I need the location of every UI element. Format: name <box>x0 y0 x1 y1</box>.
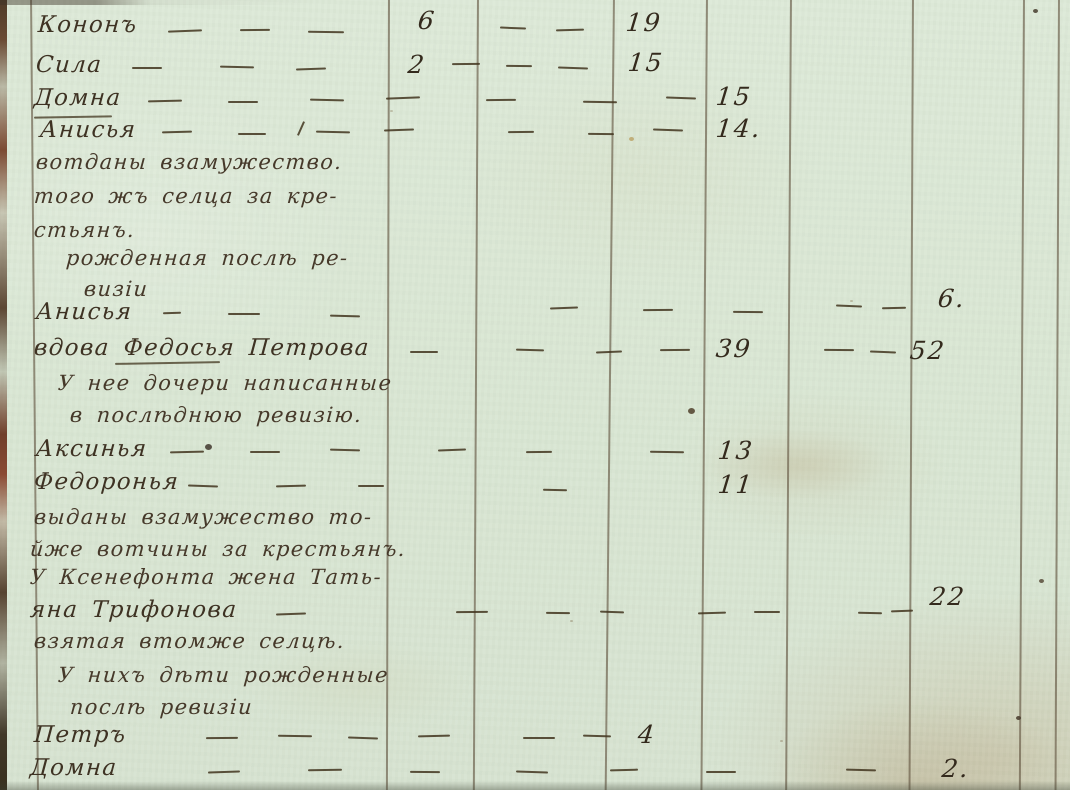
ditto-dash <box>882 307 906 310</box>
ditto-dash <box>600 611 624 614</box>
age-value: 19 <box>624 8 663 37</box>
ditto-dash <box>643 309 673 312</box>
ditto-dash <box>858 612 882 615</box>
column-rule <box>1019 0 1025 790</box>
ditto-dash <box>276 612 306 615</box>
entry-name: Анисья <box>35 299 133 325</box>
age-value: 22 <box>928 582 967 611</box>
note-line: взятая втомже селцѣ. <box>33 629 346 653</box>
age-value: 4 <box>636 720 657 749</box>
column-rule <box>908 0 913 790</box>
ditto-dash <box>653 128 683 131</box>
ditto-dash <box>132 67 162 69</box>
age-value: 6. <box>936 284 967 313</box>
entry-name: Домна <box>29 755 118 781</box>
ditto-dash <box>170 451 204 454</box>
ditto-dash <box>523 737 555 739</box>
binding-edge <box>0 0 7 790</box>
ditto-dash <box>330 315 360 318</box>
ditto-dash <box>556 29 584 32</box>
ditto-dash <box>220 66 254 69</box>
ditto-dash <box>583 735 611 738</box>
ditto-dash <box>188 484 218 487</box>
ditto-dash <box>456 611 488 614</box>
ditto-dash <box>543 489 567 492</box>
note-line: У Ксенефонта жена Тать- <box>29 565 383 589</box>
ditto-dash <box>500 27 526 30</box>
ditto-dash <box>516 770 548 773</box>
note-line: йже вотчины за крестьянъ. <box>29 537 407 561</box>
ditto-dash <box>846 769 876 772</box>
ditto-dash <box>358 485 384 487</box>
ditto-dash <box>386 96 420 99</box>
ditto-dash <box>278 735 312 738</box>
age-value: 11 <box>716 470 755 499</box>
ditto-dash <box>384 128 414 131</box>
ditto-dash <box>733 311 763 314</box>
ditto-dash <box>348 736 378 739</box>
note-line: стьянъ. <box>33 218 136 242</box>
manuscript-page: КононъСилаДомнаАнисьявотданы взамужество… <box>0 0 1070 790</box>
ditto-dash <box>706 771 736 773</box>
ditto-dash <box>163 312 181 315</box>
ditto-dash <box>410 771 440 774</box>
ditto-dash <box>588 133 614 136</box>
age-value: 13 <box>716 436 755 465</box>
ditto-dash <box>238 133 266 135</box>
entry-name: Домна <box>33 85 122 111</box>
stray-pen-stroke <box>297 121 305 136</box>
ditto-dash <box>698 612 726 615</box>
note-line: послѣ ревизіи <box>69 695 254 719</box>
ditto-dash <box>610 769 638 772</box>
entry-name: Кононъ <box>37 12 138 38</box>
column-rule <box>785 0 792 790</box>
age-value: 52 <box>908 336 947 365</box>
age-value: 2 <box>406 50 427 79</box>
ditto-dash <box>316 131 350 134</box>
ditto-dash <box>583 101 617 104</box>
pen-flourish <box>115 361 220 365</box>
entry-name: Федоронья <box>33 469 180 495</box>
ditto-dash <box>410 351 438 353</box>
ditto-dash <box>650 451 684 454</box>
entry-name: Сила <box>35 52 103 78</box>
ditto-dash <box>508 131 534 134</box>
ditto-dash <box>310 99 344 102</box>
ditto-dash <box>870 351 896 354</box>
ditto-dash <box>486 99 516 102</box>
ditto-dash <box>308 769 342 772</box>
ditto-dash <box>516 349 544 352</box>
ditto-dash <box>208 770 240 773</box>
note-line: вотданы взамужество. <box>35 150 343 174</box>
entry-name: вдова Федосья Петрова <box>33 335 371 361</box>
ditto-dash <box>418 735 450 738</box>
note-line: У нее дочери написанные <box>57 371 393 395</box>
age-value: 15 <box>626 48 665 77</box>
note-line: У нихъ дѣти рожденные <box>57 663 390 687</box>
ditto-dash <box>162 131 192 134</box>
column-rule <box>1054 0 1059 790</box>
column-rule <box>700 0 707 790</box>
ditto-dash <box>550 306 578 309</box>
ditto-dash <box>824 349 854 352</box>
age-value: 2. <box>940 754 971 783</box>
ditto-dash <box>276 485 306 488</box>
ditto-dash <box>546 612 570 614</box>
ditto-dash <box>506 65 532 68</box>
ditto-dash <box>526 451 552 454</box>
ditto-dash <box>836 305 862 308</box>
ditto-dash <box>250 451 280 453</box>
age-value: 14. <box>714 114 763 143</box>
note-line: рожденная послѣ ре- <box>65 246 349 270</box>
ditto-dash <box>438 448 466 451</box>
entry-name: яна Трифонова <box>29 597 238 623</box>
age-value: 6 <box>416 6 437 35</box>
ditto-dash <box>240 29 270 32</box>
ditto-dash <box>330 449 360 452</box>
ditto-dash <box>228 101 258 103</box>
ditto-dash <box>660 349 690 352</box>
ditto-dash <box>148 100 182 103</box>
ditto-dash <box>558 66 588 69</box>
ditto-dash <box>206 737 238 740</box>
entry-name: Петръ <box>33 722 127 748</box>
ditto-dash <box>296 67 326 70</box>
age-value: 15 <box>714 82 753 111</box>
column-rule <box>605 0 615 790</box>
note-line: выданы взамужество то- <box>33 505 373 529</box>
ditto-dash <box>308 31 344 34</box>
entry-name: Аксинья <box>35 436 148 462</box>
column-rule <box>473 0 479 790</box>
ink-specks <box>688 408 695 414</box>
ditto-dash <box>228 313 260 315</box>
ditto-dash <box>754 611 780 613</box>
ditto-dash <box>168 29 202 32</box>
page-bottom-edge <box>0 781 1070 790</box>
note-line: в послѣднюю ревизію. <box>69 403 363 427</box>
page-top-edge <box>0 0 1070 5</box>
column-rule <box>30 0 39 790</box>
ditto-dash <box>666 96 696 99</box>
note-line: визіи <box>83 277 149 301</box>
note-line: того жъ селца за кре- <box>33 184 339 208</box>
entry-name: Анисья <box>39 117 137 143</box>
age-value: 39 <box>714 334 753 363</box>
